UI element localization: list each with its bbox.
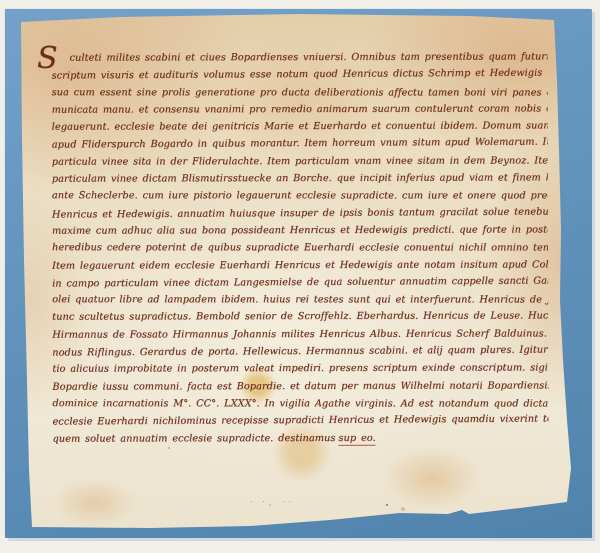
manuscript-line: municata manu. et consensu vnanimi pro r… [52, 100, 548, 119]
manuscript-line: tio alicuius improbitate in posterum val… [52, 360, 548, 379]
pen-marks: · ·ˬ ·· [250, 498, 295, 506]
manuscript-line: nodus Riflingus. Gerardus de porta. Hell… [52, 342, 548, 362]
manuscript-line: tunc scultetus supradictus. Bembold seni… [52, 308, 548, 327]
manuscript-line: ante Scheclerbe. cum iure pistorio legau… [52, 188, 548, 206]
manuscript-line: maxime cum adhuc alia sua bona possidean… [52, 221, 548, 240]
manuscript-text: culteti milites scabini et ciues Bopardi… [51, 48, 548, 449]
photo-page: { "frame": { "mat_color": "#5f93bd", "bo… [0, 0, 600, 553]
manuscript-line: Henricus et Hedewigis. annuatim huiusque… [52, 203, 548, 223]
manuscript-line-last: quem soluet annuatim ecclesie supradicte… [52, 429, 548, 448]
photo-frame: S culteti milites scabini et ciues Bopar… [0, 0, 600, 553]
manuscript-line: Bopardie iussu communi. facta est Bopard… [52, 377, 548, 396]
manuscript-line: olei quatuor libre ad lampadem ibidem. h… [52, 291, 548, 309]
manuscript-line: scriptum visuris et audituris volumus es… [51, 65, 547, 85]
manuscript-line: apud Fliderspurch Bogardo in quibus mora… [52, 134, 548, 154]
manuscript-line: sua cum essent sine prolis generatione p… [52, 84, 548, 102]
manuscript-line: in campo particulam vinee dictam Langesm… [52, 272, 548, 292]
manuscript-line: particulam vinee dictam Blismutirsstueck… [52, 169, 548, 188]
manuscript-line: particula vinee sita in der Fliderulacht… [52, 152, 548, 171]
manuscript-line: Hirmannus de Fossato Hirmannus Johannis … [52, 325, 548, 344]
manuscript-line: heredibus cedere poterint de quibus supr… [52, 239, 548, 257]
parchment: S culteti milites scabini et ciues Bopar… [0, 0, 600, 553]
manuscript-line: Item legauerunt eidem ecclesie Euerhardi… [52, 256, 548, 275]
ink-speck [386, 504, 388, 506]
underlined-closing: sup eo. [338, 432, 375, 445]
manuscript-line: ecclesie Euerhardi nichilominus recepiss… [52, 411, 548, 431]
manuscript-line-last-text: quem soluet annuatim ecclesie supradicte… [52, 432, 335, 444]
